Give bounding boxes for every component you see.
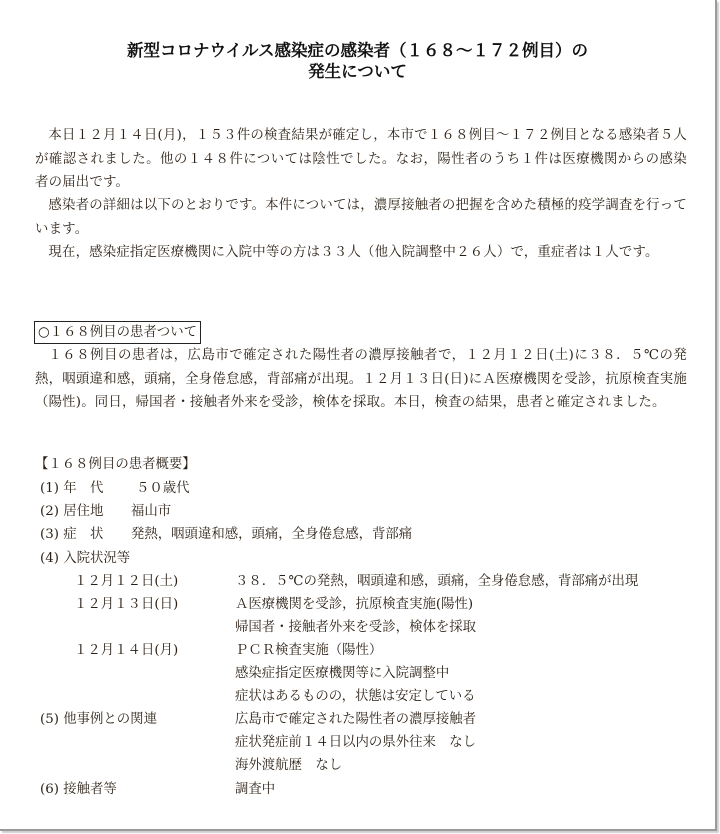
timeline-date-1: １２月１２日(土) [74, 571, 178, 593]
document-page: 新型コロナウイルス感染症の感染者（１６８～１７２例目）の 発生について 本日１２… [0, 0, 717, 831]
relation-value-3: 海外渡航歴 なし [235, 755, 342, 777]
timeline-date-3: １２月１４日(月) [74, 640, 178, 662]
timeline-event-2-1: Ａ医療機関を受診，抗原検査実施(陽性) [235, 594, 473, 616]
page-title-line1: 新型コロナウイルス感染症の感染者（１６８～１７２例目）の [0, 40, 715, 61]
overview-heading: 【１６８例目の患者概要】 [35, 454, 196, 476]
relation-value-2: 症状発症前１４日以内の県外往来 なし [235, 732, 476, 754]
case-168-description: １６８例目の患者は，広島市で確定された陽性者の濃厚接触者で，１２月１２日(土)に… [35, 344, 687, 415]
relation-value-1: 広島市で確定された陽性者の濃厚接触者 [235, 709, 476, 731]
intro-paragraph-3: 現在，感染症指定医療機関に入院中等の方は３３人（他入院調整中２６人）で，重症者は… [35, 241, 687, 265]
page-title-line2: 発生について [0, 61, 715, 82]
age-label: (1) 年 代 [40, 478, 103, 500]
symptoms-value: 発熱，咽頭違和感，頭痛，全身倦怠感，背部痛 [131, 524, 412, 546]
contacts-value: 調査中 [235, 779, 275, 801]
timeline-event-1-1: ３８．５℃の発熱，咽頭違和感，頭痛，全身倦怠感，背部痛が出現 [235, 571, 638, 593]
timeline-date-2: １２月１３日(日) [74, 594, 178, 616]
residence-label: (2) 居住地 [40, 501, 103, 523]
intro-paragraph-1: 本日１２月１４日(月)，１５３件の検査結果が確定し，本市で１６８例目～１７２例目… [35, 124, 687, 195]
case-168-heading: ○１６８例目の患者ついて [34, 321, 201, 344]
residence-value: 福山市 [131, 501, 171, 523]
contacts-label: (6) 接触者等 [40, 779, 117, 801]
relation-label: (5) 他事例との関連 [40, 709, 157, 731]
age-value: ５０歳代 [136, 478, 190, 500]
timeline-event-2-2: 帰国者・接触者外来を受診，検体を採取 [235, 617, 476, 639]
timeline-event-3-2: 感染症指定医療機関等に入院調整中 [235, 663, 449, 685]
timeline-event-3-3: 症状はあるものの，状態は安定している [235, 686, 476, 708]
symptoms-label: (3) 症 状 [40, 524, 103, 546]
hospital-status-label: (4) 入院状況等 [40, 548, 130, 570]
intro-paragraph-2: 感染者の詳細は以下のとおりです。本件については，濃厚接触者の把握を含めた積極的疫… [35, 194, 687, 241]
timeline-event-3-1: ＰＣＲ検査実施（陽性） [235, 640, 382, 662]
